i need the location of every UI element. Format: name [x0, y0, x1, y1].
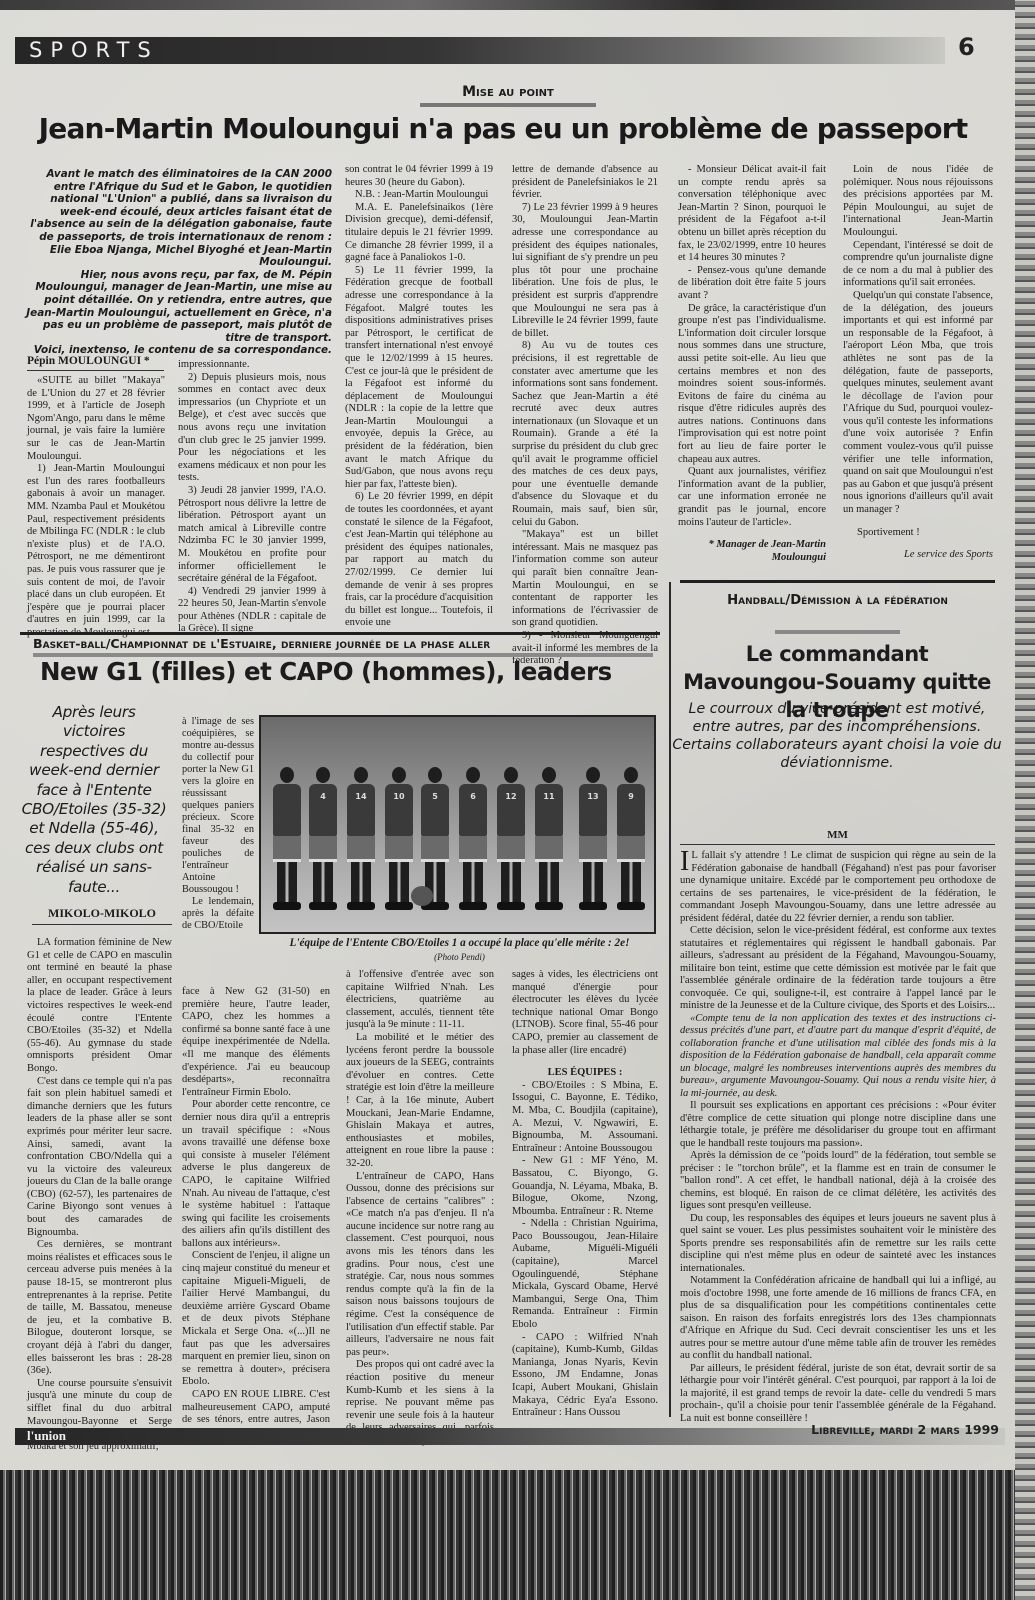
article1-column-5: - Monsieur Délicat avait-il fait un comp…: [678, 164, 826, 564]
photo-caption: L'équipe de l'Entente CBO/Etoiles 1 a oc…: [257, 937, 662, 949]
teams-heading: LES ÉQUIPES :: [512, 1067, 658, 1080]
player-figure: 12: [497, 767, 525, 910]
team-lineup: - CAPO : Wilfried N'nah (capitaine), Kum…: [512, 1332, 658, 1420]
page-number: 6: [958, 33, 975, 61]
lead-paragraph: IL fallait s'y attendre ! Le climat de s…: [680, 850, 996, 925]
body-paragraph: Ces dernières, se montrant moins réalist…: [27, 1239, 172, 1378]
body-paragraph: face à New G2 (31-50) en première heure,…: [182, 986, 330, 1099]
article2-deck: Après leurs victoires respectives du wee…: [20, 703, 168, 897]
team-lineup: - New G1 : MF Yéno, M. Bassatou, C. Biyo…: [512, 1155, 658, 1218]
article2-column-3: à l'offensive d'entrée avec son capitain…: [346, 969, 494, 1448]
player-figure: 6: [459, 767, 487, 910]
article3-body: IL fallait s'y attendre ! Le climat de s…: [680, 850, 996, 1425]
article1-chapeau: Avant le match des éliminatoires de la C…: [20, 168, 332, 357]
article3-byline: MM: [680, 829, 995, 845]
body-paragraph: 6) Le 20 février 1999, en dépit de toute…: [345, 491, 493, 630]
body-paragraph: Après la démission de ce "poids lourd" d…: [680, 1150, 996, 1213]
drop-cap: I: [680, 851, 689, 873]
scan-right-edge: [1015, 0, 1035, 1600]
article1-column-2: impressionnante. 2) Depuis plusieurs moi…: [178, 359, 326, 636]
chapeau-paragraph: Hier, nous avons reçu, par fax, de M. Pé…: [20, 269, 332, 345]
section-divider: [680, 580, 995, 583]
body-paragraph: à l'image de ses coéquipières, se montre…: [182, 716, 254, 896]
body-paragraph: Notamment la Confédération africaine de …: [680, 1275, 996, 1363]
body-paragraph: 2) Depuis plusieurs mois, nous sommes en…: [178, 372, 326, 485]
body-paragraph: 3) Jeudi 28 janvier 1999, l'A.O. Pétrosp…: [178, 485, 326, 586]
article2-column-1: LA formation féminine de New G1 et celle…: [27, 937, 172, 1453]
article2-headline: New G1 (filles) et CAPO (hommes), leader…: [40, 657, 650, 686]
body-paragraph: 1) Jean-Martin Mouloungui est l'un des r…: [27, 463, 165, 639]
author-note: * Manager de Jean-Martin Mouloungui: [678, 539, 826, 564]
body-paragraph: lettre de demande d'absence au président…: [512, 164, 658, 202]
player-figure: 14: [347, 767, 375, 910]
body-paragraph: sages à vides, les électriciens ont manq…: [512, 969, 658, 1057]
player-figure: 9: [617, 767, 645, 910]
team-photo: 4 14 10 5 6 12 11 13 9: [259, 715, 656, 934]
article3-deck: Le courroux du vice-président est motivé…: [670, 700, 1004, 772]
body-paragraph: Cette décision, selon le vice-président …: [680, 925, 996, 1013]
body-paragraph: Quant aux journalistes, vérifiez l'infor…: [678, 466, 826, 529]
section-divider: [20, 632, 660, 635]
article1-kicker: Mise au point: [420, 84, 596, 107]
article2-byline: MIKOLO-MIKOLO: [32, 906, 172, 925]
article1-column-4: lettre de demande d'absence au président…: [512, 164, 658, 668]
body-paragraph: Il poursuit ses explications en apportan…: [680, 1100, 996, 1150]
article2-narrow-column: à l'image de ses coéquipières, se montre…: [182, 716, 254, 932]
body-paragraph: Par ailleurs, le président fédéral, juri…: [680, 1363, 996, 1426]
dateline: Libreville, mardi 2 mars 1999: [811, 1422, 999, 1437]
body-paragraph: Cependant, l'intéressé se doit de compre…: [843, 240, 993, 290]
body-paragraph: La mobilité et le métier des lycéens fer…: [346, 1032, 494, 1171]
quote-paragraph: «Compte tenu de la non application des t…: [680, 1013, 996, 1101]
newspaper-brand: l'union: [27, 1428, 66, 1444]
closing-line: Sportivement !: [843, 527, 993, 540]
kicker-underline: [775, 630, 900, 634]
photo-credit: (Photo Pendi): [257, 952, 662, 962]
team-lineup: - CBO/Etoiles : S Mbina, E. Issogui, C. …: [512, 1080, 658, 1156]
body-paragraph: C'est dans ce temple qui n'a pas fait so…: [27, 1076, 172, 1240]
team-lineup: - Ndella : Christian Nguirima, Paco Bous…: [512, 1218, 658, 1331]
article1-headline: Jean-Martin Mouloungui n'a pas eu un pro…: [28, 112, 978, 145]
body-paragraph: 4) Vendredi 29 janvier 1999 à 22 heures …: [178, 586, 326, 636]
body-paragraph: - Pensez-vous qu'une demande de libérati…: [678, 265, 826, 303]
body-paragraph: Pour aborder cette rencontre, ce dernier…: [182, 1099, 330, 1250]
body-paragraph: M.A. E. Panelefsinaikos (1ère Division g…: [345, 202, 493, 265]
player-figure: 13: [579, 767, 607, 910]
article2-column-4: sages à vides, les électriciens ont manq…: [512, 969, 658, 1420]
article3-kicker: Handball/Démission à la fédération: [680, 592, 995, 609]
article1-column-1: «SUITE au billet "Makaya" de L'Union du …: [27, 375, 165, 639]
section-title: SPORTS: [29, 38, 159, 62]
body-paragraph: - Monsieur Délicat avait-il fait un comp…: [678, 164, 826, 265]
player-figure: 4: [309, 767, 337, 910]
body-paragraph: 8) Au vu de toutes ces précisions, il es…: [512, 340, 658, 529]
body-paragraph: Loin de nous l'idée de polémiquer. Nous …: [843, 164, 993, 240]
section-header-band: SPORTS: [15, 37, 945, 64]
body-paragraph: De grâce, la caractéristique d'un groupe…: [678, 303, 826, 467]
scan-bottom-edge: [0, 1470, 1035, 1600]
body-paragraph: L'entraîneur de CAPO, Hans Oussou, donne…: [346, 1171, 494, 1360]
article1-byline: Pépin MOULOUNGUI *: [27, 355, 164, 371]
body-paragraph: à l'offensive d'entrée avec son capitain…: [346, 969, 494, 1032]
body-paragraph: Le lendemain, après la défaite de CBO/Et…: [182, 896, 254, 932]
body-paragraph: Du coup, les responsables des équipes et…: [680, 1213, 996, 1276]
body-paragraph: impressionnante.: [178, 359, 326, 372]
body-paragraph: 5) Le 11 février 1999, la Fédération gre…: [345, 265, 493, 492]
body-paragraph: «SUITE au billet "Makaya" de L'Union du …: [27, 375, 165, 463]
article1-column-6-response: Loin de nous l'idée de polémiquer. Nous …: [843, 164, 993, 562]
player-figure: 10: [385, 767, 413, 910]
basketball: [411, 886, 433, 906]
article2-column-2: face à New G2 (31-50) en première heure,…: [182, 986, 330, 1439]
body-paragraph: N.B. : Jean-Martin Mouloungui: [345, 189, 493, 202]
body-paragraph: "Makaya" est un billet intéressant. Mais…: [512, 529, 658, 630]
body-paragraph: Quelqu'un qui constate l'absence, de la …: [843, 290, 993, 517]
response-signature: Le service des Sports: [843, 549, 993, 562]
body-paragraph: 7) Le 23 février 1999 à 9 heures 30, Mou…: [512, 202, 658, 341]
article2-kicker: Basket-ball/Championnat de l'Estuaire, d…: [33, 636, 653, 657]
body-paragraph: son contrat le 04 février 1999 à 19 heur…: [345, 164, 493, 189]
player-figure: 11: [535, 767, 563, 910]
body-paragraph: Conscient de l'enjeu, il aligne un cinq …: [182, 1250, 330, 1389]
article1-column-3: son contrat le 04 février 1999 à 19 heur…: [345, 164, 493, 630]
player-figure: [273, 767, 301, 910]
chapeau-paragraph: Avant le match des éliminatoires de la C…: [20, 168, 332, 269]
body-paragraph: LA formation féminine de New G1 et celle…: [27, 937, 172, 1076]
